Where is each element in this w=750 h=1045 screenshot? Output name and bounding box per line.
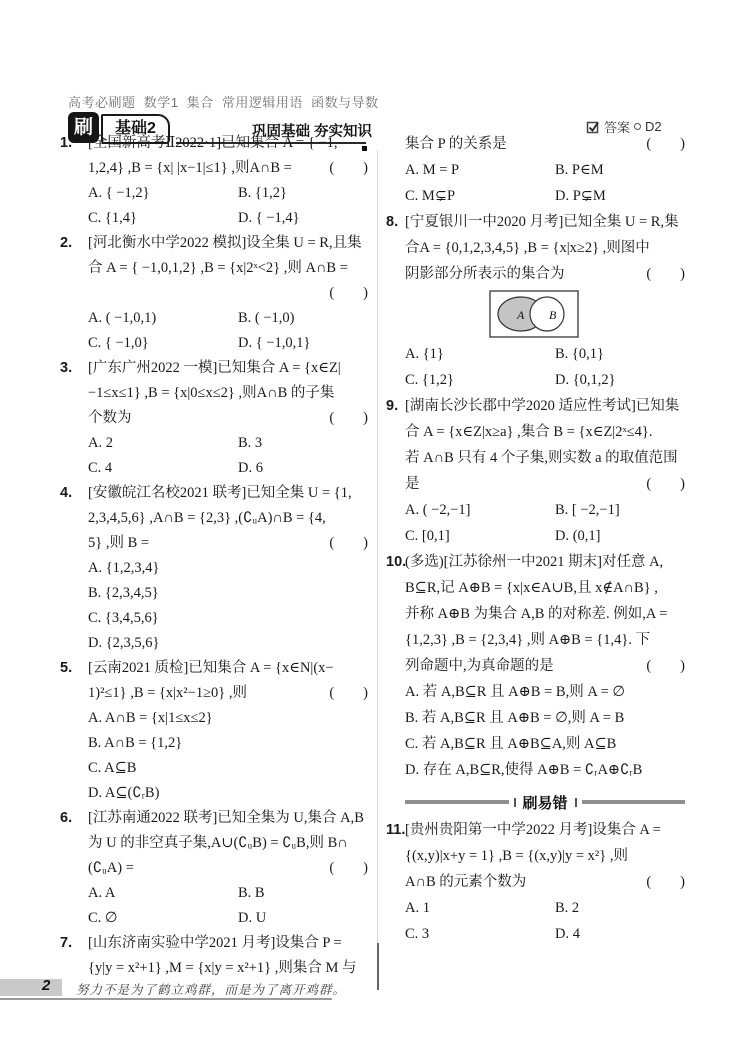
question-line: 为 U 的非空真子集,A∪(∁ᵤB) = ∁ᵤB,则 B∩	[88, 831, 368, 856]
options: A. A∩B = {x|1≤x≤2} B. A∩B = {1,2} C. A⊆B…	[88, 706, 368, 806]
option-a: A. M = P	[405, 157, 555, 183]
problem-6: 6. [江苏南通2022 联考]已知全集为 U,集合 A,B 为 U 的非空真子…	[88, 806, 368, 931]
option-b: B. 若 A,B⊆R 且 A⊕B = ∅,则 A = B	[405, 705, 685, 731]
problem-number: 4.	[60, 481, 86, 506]
question-line: 若 A∩B 只有 4 个子集,则实数 a 的取值范围	[405, 445, 685, 471]
venn-label-a: A	[516, 308, 525, 322]
problem-number: 11.	[386, 817, 412, 843]
question-line: 合A = {0,1,2,3,4,5} ,B = {x|x≥2} ,则图中	[405, 235, 685, 261]
options: A. M = P B. P∈M C. M⊊P D. P⊊M	[405, 157, 685, 209]
question-line: [山东济南实验中学2021 月考]设集合 P =	[88, 931, 368, 956]
question-tail: 列命题中,为真命题的是	[405, 653, 554, 679]
option-b: B. A∩B = {1,2}	[88, 731, 368, 756]
question-tail: 1)²≤1} ,B = {x|x²−1≥0} ,则	[88, 681, 247, 706]
question-line: {y|y = x²+1} ,M = {x|y = x²+1} ,则集合 M 与	[88, 956, 368, 981]
option-c: C. 3	[405, 921, 555, 947]
problem-2: 2. [河北衡水中学2022 模拟]设全集 U = R,且集 合 A = { −…	[88, 231, 368, 356]
options: A. 1 B. 2 C. 3 D. 4	[405, 895, 685, 947]
options: A. ( −1,0,1) B. ( −1,0) C. { −1,0} D. { …	[88, 306, 368, 356]
question-line: [河北衡水中学2022 模拟]设全集 U = R,且集	[88, 231, 368, 256]
options: A. {1} B. {0,1} C. {1,2} D. {0,1,2}	[405, 341, 685, 393]
question-line: [云南2021 质检]已知集合 A = {x∈N|(x−	[88, 656, 368, 681]
question-line: −1≤x≤1} ,B = {x|0≤x≤2} ,则A∩B 的子集	[88, 381, 368, 406]
question-line: [江苏南通2022 联考]已知全集为 U,集合 A,B	[88, 806, 368, 831]
option-c: C. {1,2}	[405, 367, 555, 393]
option-d: D. { −1,0,1}	[238, 331, 368, 356]
option-a: A. {1,2,3,4}	[88, 556, 368, 581]
question-line: [宁夏银川一中2020 月考]已知全集 U = R,集	[405, 209, 685, 235]
column-divider	[377, 150, 378, 950]
problem-1: 1. [全国新高考Ⅱ2022·1]已知集合 A = { −1, 1,2,4} ,…	[88, 131, 368, 231]
option-a: A. ( −1,0,1)	[88, 306, 238, 331]
option-d: D. P⊊M	[555, 183, 685, 209]
options: A. A B. B C. ∅ D. U	[88, 881, 368, 931]
question-line: 阴影部分所表示的集合为( )	[405, 261, 685, 287]
options: A. { −1,2} B. {1,2} C. {1,4} D. { −1,4}	[88, 181, 368, 231]
option-b: B. [ −2,−1]	[555, 497, 685, 523]
page-number: 2	[42, 977, 50, 994]
problem-8: 8. [宁夏银川一中2020 月考]已知全集 U = R,集 合A = {0,1…	[405, 209, 685, 393]
option-d: D. 6	[238, 456, 368, 481]
option-d: D. 4	[555, 921, 685, 947]
option-d: D. A⊆(∁ᵣB)	[88, 781, 368, 806]
venn-diagram: A B	[405, 287, 685, 341]
option-c: C. A⊆B	[88, 756, 368, 781]
footer-motto: 努力不是为了鹤立鸡群，而是为了离开鸡群。	[76, 980, 346, 998]
problem-11: 11. [贵州贵阳第一中学2022 月考]设集合 A = {(x,y)|x+y …	[405, 817, 685, 947]
question-line: [贵州贵阳第一中学2022 月考]设集合 A =	[405, 817, 685, 843]
question-line: 5} ,则 B =( )	[88, 531, 368, 556]
option-d: D. { −1,4}	[238, 206, 368, 231]
answer-paren: ( )	[646, 471, 685, 497]
question-line: {(x,y)|x+y = 1} ,B = {(x,y)|y = x²} ,则	[405, 843, 685, 869]
question-line: [湖南长沙长郡中学2020 适应性考试]已知集	[405, 393, 685, 419]
answer-paren: ( )	[646, 653, 685, 679]
answer-paren: ( )	[646, 131, 685, 157]
option-c: C. 若 A,B⊆R 且 A⊕B⊆A,则 A⊆B	[405, 731, 685, 757]
problem-5: 5. [云南2021 质检]已知集合 A = {x∈N|(x− 1)²≤1} ,…	[88, 656, 368, 806]
option-c: C. ∅	[88, 906, 238, 931]
option-a: A. 1	[405, 895, 555, 921]
option-c: C. [0,1]	[405, 523, 555, 549]
option-c: C. {1,4}	[88, 206, 238, 231]
option-c: C. {3,4,5,6}	[88, 606, 368, 631]
divider-label: 刷易错	[521, 792, 570, 813]
problem-7: 7. [山东济南实验中学2021 月考]设集合 P = {y|y = x²+1}…	[88, 931, 368, 981]
problem-number: 5.	[60, 656, 86, 681]
problem-number: 6.	[60, 806, 86, 831]
options: A. 2 B. 3 C. 4 D. 6	[88, 431, 368, 481]
question-line: 是( )	[405, 471, 685, 497]
option-b: B. {1,2}	[238, 181, 368, 206]
problem-number: 2.	[60, 231, 86, 256]
divider-tick	[514, 798, 516, 807]
footer-underline	[0, 998, 332, 1000]
problem-number: 7.	[60, 931, 86, 956]
options: A. 若 A,B⊆R 且 A⊕B = B,则 A = ∅ B. 若 A,B⊆R …	[405, 679, 685, 783]
question-line: [广东广州2022 一模]已知集合 A = {x∈Z|	[88, 356, 368, 381]
question-tail: 个数为	[88, 406, 132, 431]
question-line: [安徽皖江名校2021 联考]已知全集 U = {1,	[88, 481, 368, 506]
option-a: A. A∩B = {x|1≤x≤2}	[88, 706, 368, 731]
workbook-page: 高考必刷题 数学1 集合 常用逻辑用语 函数与导数 刷 基础2 巩固基础 夯实知…	[0, 0, 750, 1045]
option-d: D. {2,3,5,6}	[88, 631, 368, 656]
question-line: 1,2,4} ,B = {x| |x−1|≤1} ,则A∩B =( )	[88, 156, 368, 181]
answer-paren: ( )	[329, 406, 368, 431]
question-line: B⊆R,记 A⊕B = {x|x∈A∪B,且 x∉A∩B} ,	[405, 575, 685, 601]
question-line: 1)²≤1} ,B = {x|x²−1≥0} ,则( )	[88, 681, 368, 706]
problem-3: 3. [广东广州2022 一模]已知集合 A = {x∈Z| −1≤x≤1} ,…	[88, 356, 368, 481]
option-b: B. 2	[555, 895, 685, 921]
right-column: 集合 P 的关系是( ) A. M = P B. P∈M C. M⊊P D. P…	[405, 131, 685, 947]
answer-paren: ( )	[329, 531, 368, 556]
answer-paren: ( )	[329, 856, 368, 881]
question-line: A∩B 的元素个数为( )	[405, 869, 685, 895]
option-a: A. 2	[88, 431, 238, 456]
option-d: D. (0,1]	[555, 523, 685, 549]
question-line: {1,2,3} ,B = {2,3,4} ,则 A⊕B = {1,4}. 下	[405, 627, 685, 653]
question-tail: A∩B 的元素个数为	[405, 869, 526, 895]
question-line: 合 A = {x∈Z|x≥a} ,集合 B = {x∈Z|2ˣ≤4}.	[405, 419, 685, 445]
option-b: B. {0,1}	[555, 341, 685, 367]
question-line: 2,3,4,5,6} ,A∩B = {2,3} ,(∁ᵤA)∩B = {4,	[88, 506, 368, 531]
option-a: A. 若 A,B⊆R 且 A⊕B = B,则 A = ∅	[405, 679, 685, 705]
question-tail: 集合 P 的关系是	[405, 131, 507, 157]
option-c: C. 4	[88, 456, 238, 481]
option-b: B. 3	[238, 431, 368, 456]
answer-paren: ( )	[646, 869, 685, 895]
question-line: 集合 P 的关系是( )	[405, 131, 685, 157]
breadcrumb: 高考必刷题 数学1 集合 常用逻辑用语 函数与导数	[68, 92, 379, 111]
problem-number: 3.	[60, 356, 86, 381]
option-a: A. {1}	[405, 341, 555, 367]
option-a: A. A	[88, 881, 238, 906]
options: A. {1,2,3,4} B. {2,3,4,5} C. {3,4,5,6} D…	[88, 556, 368, 656]
problem-number: 8.	[386, 209, 412, 235]
question-tail: 1,2,4} ,B = {x| |x−1|≤1} ,则A∩B =	[88, 156, 292, 181]
question-line: 列命题中,为真命题的是( )	[405, 653, 685, 679]
problem-10: 10. (多选)[江苏徐州一中2021 期末]对任意 A, B⊆R,记 A⊕B …	[405, 549, 685, 783]
error-prone-divider: 刷易错	[405, 791, 685, 813]
problem-4: 4. [安徽皖江名校2021 联考]已知全集 U = {1, 2,3,4,5,6…	[88, 481, 368, 656]
problem-7-continued: 集合 P 的关系是( ) A. M = P B. P∈M C. M⊊P D. P…	[405, 131, 685, 209]
dot-icon	[634, 123, 641, 130]
left-column: 1. [全国新高考Ⅱ2022·1]已知集合 A = { −1, 1,2,4} ,…	[88, 131, 368, 981]
question-line: (∁ᵤA) =( )	[88, 856, 368, 881]
option-b: B. B	[238, 881, 368, 906]
answer-paren: ( )	[329, 156, 368, 181]
option-d: D. 存在 A,B⊆R,使得 A⊕B = ∁ᵣA⊕∁ᵣB	[405, 757, 685, 783]
options: A. ( −2,−1] B. [ −2,−1] C. [0,1] D. (0,1…	[405, 497, 685, 549]
option-c: C. M⊊P	[405, 183, 555, 209]
question-line: [全国新高考Ⅱ2022·1]已知集合 A = { −1,	[88, 131, 368, 156]
problem-9: 9. [湖南长沙长郡中学2020 适应性考试]已知集 合 A = {x∈Z|x≥…	[405, 393, 685, 549]
divider-tick	[575, 798, 577, 807]
question-tail: 是	[405, 471, 420, 497]
question-line: 个数为( )	[88, 406, 368, 431]
option-a: A. ( −2,−1]	[405, 497, 555, 523]
problem-number: 9.	[386, 393, 412, 419]
answer-paren: ( )	[646, 261, 685, 287]
question-line: ( )	[88, 281, 368, 306]
answer-paren: ( )	[329, 281, 368, 306]
problem-number: 1.	[60, 131, 86, 156]
column-divider-dark-segment	[377, 943, 379, 990]
question-tail: 阴影部分所表示的集合为	[405, 261, 565, 287]
question-tail: 5} ,则 B =	[88, 531, 149, 556]
question-line: 合 A = { −1,0,1,2} ,B = {x|2ˣ<2} ,则 A∩B =	[88, 256, 368, 281]
divider-bar-right	[582, 800, 686, 804]
option-b: B. ( −1,0)	[238, 306, 368, 331]
answer-paren: ( )	[329, 681, 368, 706]
option-a: A. { −1,2}	[88, 181, 238, 206]
venn-diagram-svg: A B	[489, 290, 579, 338]
question-line: (多选)[江苏徐州一中2021 期末]对任意 A,	[405, 549, 685, 575]
option-d: D. U	[238, 906, 368, 931]
page-number-highlight	[0, 979, 62, 996]
question-line: 并称 A⊕B 为集合 A,B 的对称差. 例如,A =	[405, 601, 685, 627]
divider-bar-left	[405, 800, 509, 804]
question-tail: (∁ᵤA) =	[88, 856, 134, 881]
option-b: B. P∈M	[555, 157, 685, 183]
option-c: C. { −1,0}	[88, 331, 238, 356]
problem-number: 10.	[386, 549, 412, 575]
option-d: D. {0,1,2}	[555, 367, 685, 393]
venn-label-b: B	[549, 308, 557, 322]
option-b: B. {2,3,4,5}	[88, 581, 368, 606]
